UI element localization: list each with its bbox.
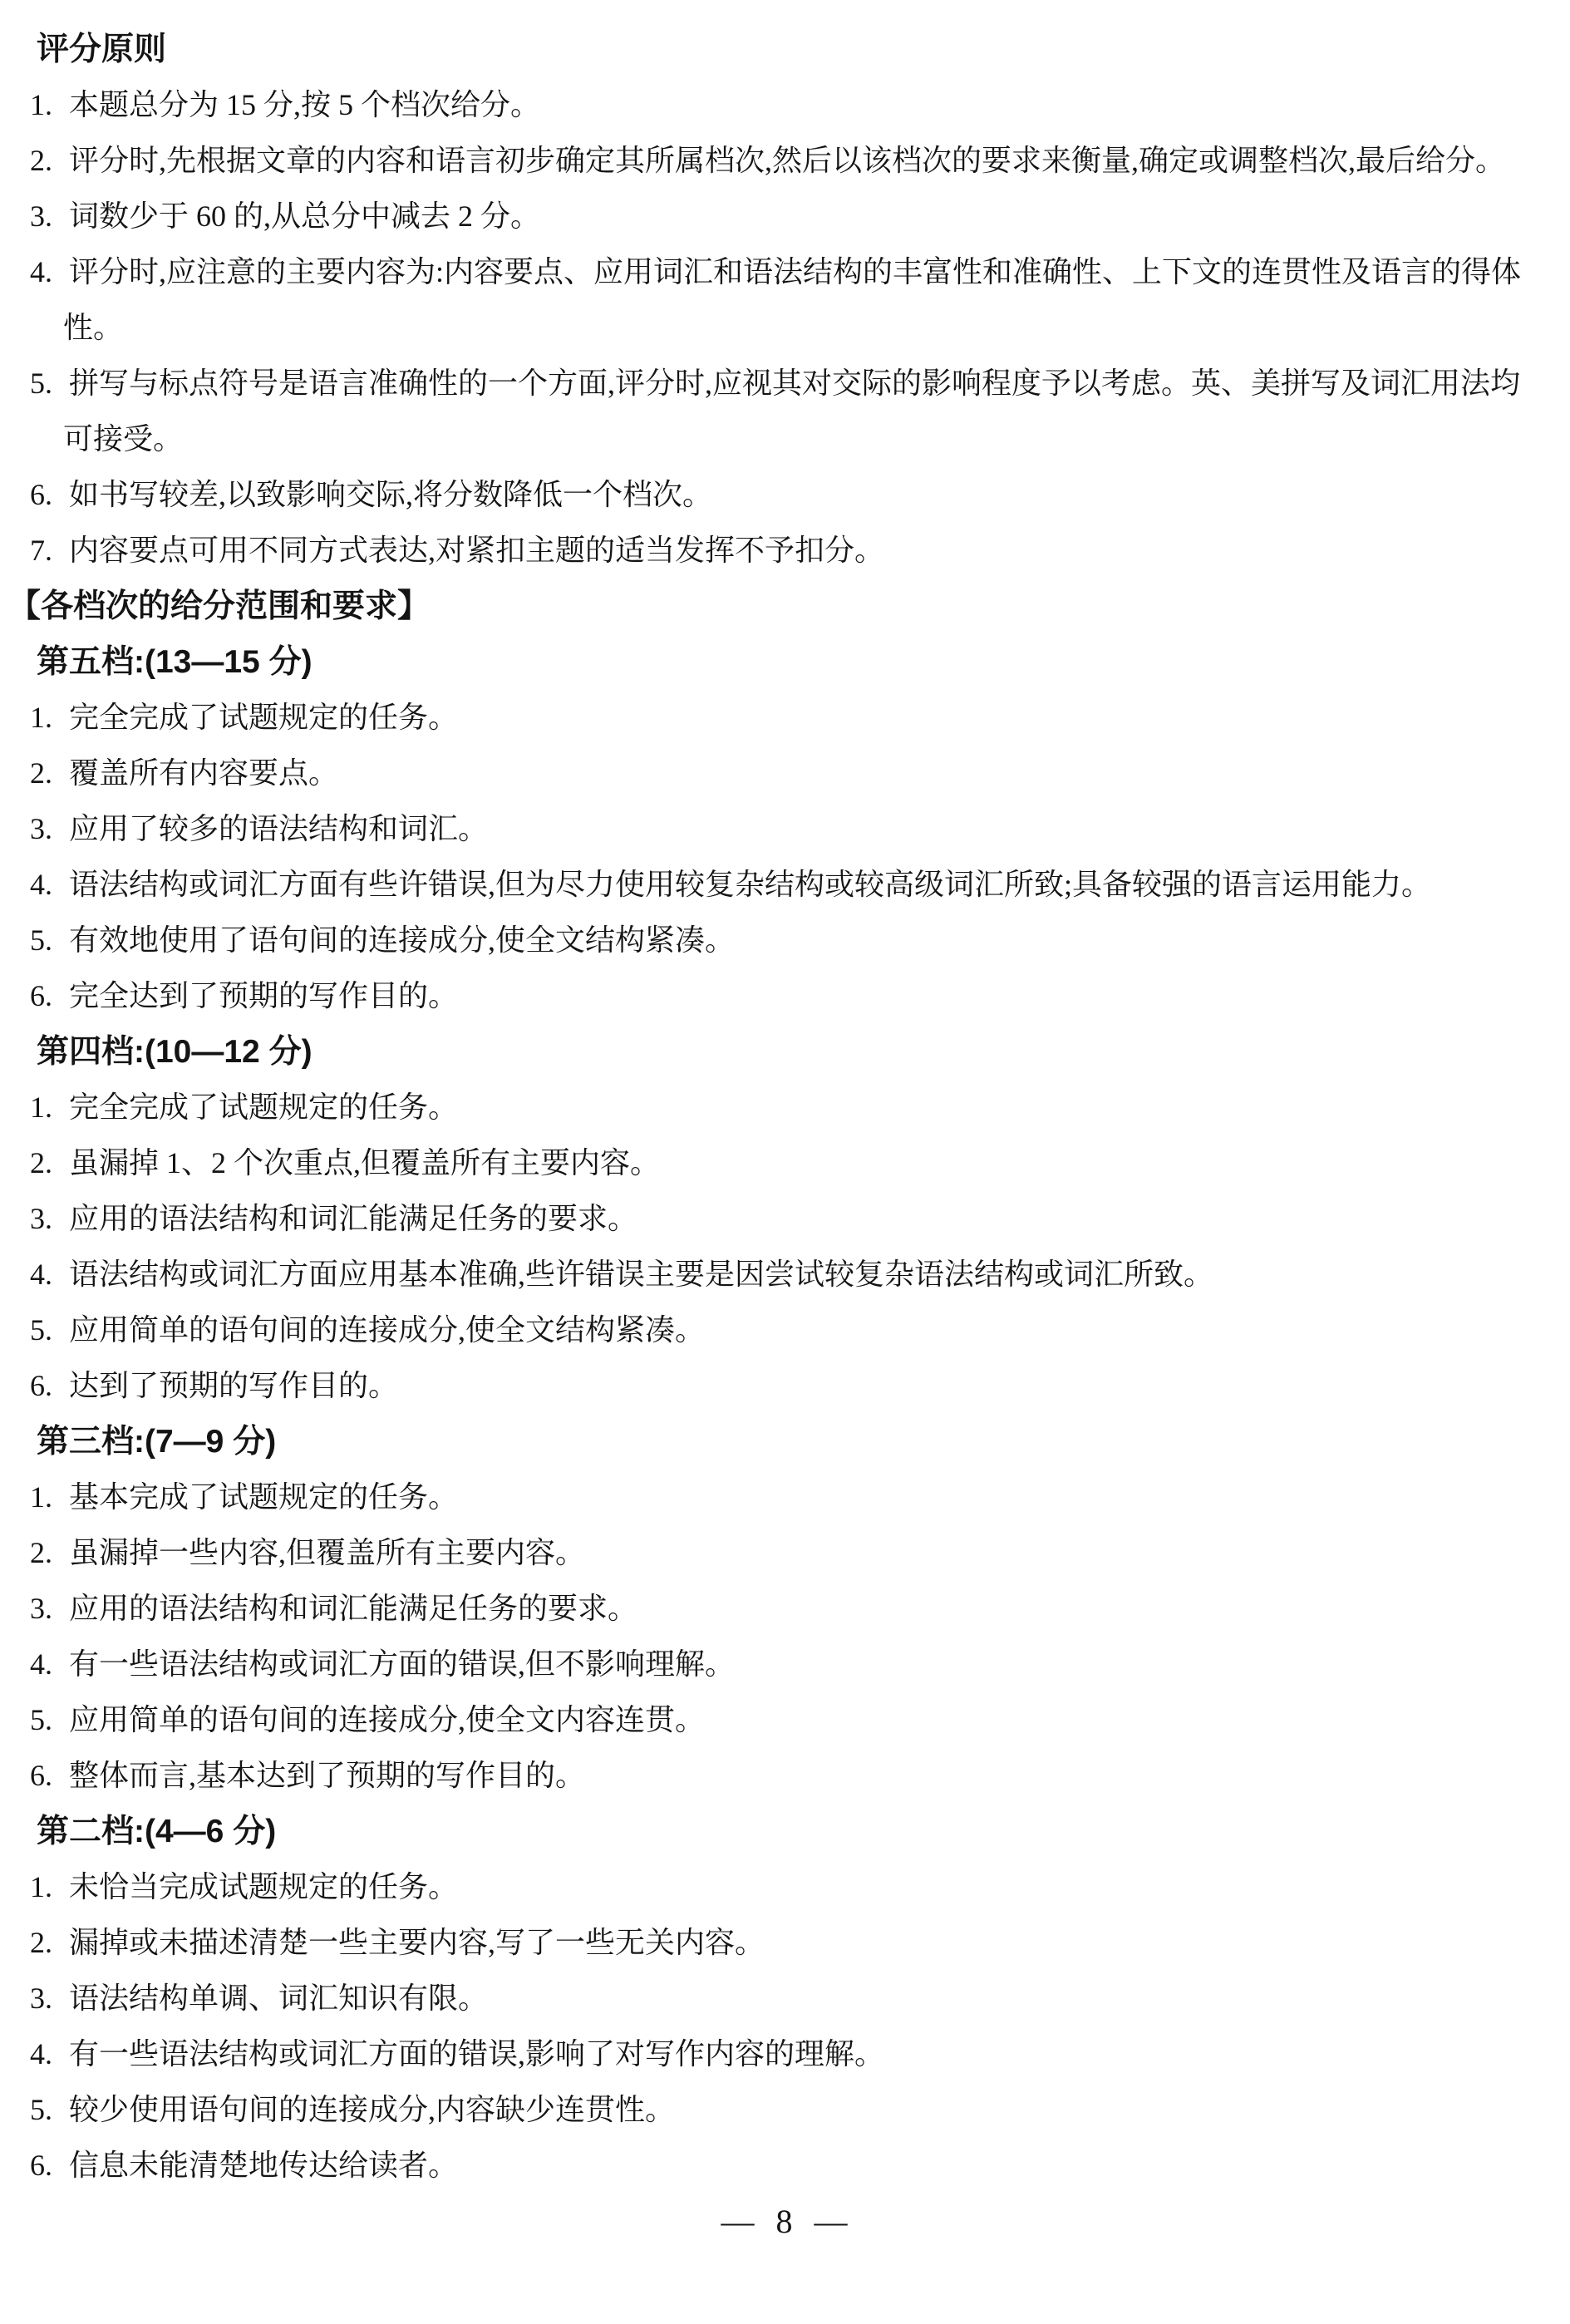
band-item: 3.应用了较多的语法结构和词汇。 — [30, 801, 1538, 857]
band-heading: 第三档:(7—9 分) — [37, 1414, 1538, 1470]
band-item: 1.完全完成了试题规定的任务。 — [30, 1080, 1538, 1135]
item-text: 应用简单的语句间的连接成分,使全文结构紧凑。 — [69, 1313, 705, 1347]
item-number: 6. — [30, 979, 52, 1012]
principle-item: 3.词数少于 60 的,从总分中减去 2 分。 — [30, 189, 1538, 244]
item-text: 有一些语法结构或词汇方面的错误,但不影响理解。 — [69, 1647, 735, 1681]
item-text: 整体而言,基本达到了预期的写作目的。 — [69, 1759, 585, 1792]
item-number: 4. — [30, 1258, 52, 1291]
band-item: 3.应用的语法结构和词汇能满足任务的要求。 — [30, 1191, 1538, 1247]
item-text: 较少使用语句间的连接成分,内容缺少连贯性。 — [69, 2093, 675, 2126]
band-item: 5.有效地使用了语句间的连接成分,使全文结构紧凑。 — [30, 913, 1538, 968]
band-item: 5.较少使用语句间的连接成分,内容缺少连贯性。 — [30, 2082, 1538, 2138]
band-item: 4.语法结构或词汇方面有些许错误,但为尽力使用较复杂结构或较高级词汇所致;具备较… — [30, 857, 1538, 913]
band-item: 1.未恰当完成试题规定的任务。 — [30, 1859, 1538, 1915]
item-number: 7. — [30, 534, 52, 567]
item-text: 语法结构或词汇方面应用基本准确,些许错误主要是因尝试较复杂语法结构或词汇所致。 — [69, 1258, 1213, 1291]
item-number: 4. — [30, 1647, 52, 1681]
item-number: 5. — [30, 923, 52, 957]
item-number: 2. — [30, 1146, 52, 1179]
band-heading: 第四档:(10—12 分) — [37, 1024, 1538, 1080]
item-text: 虽漏掉一些内容,但覆盖所有主要内容。 — [69, 1536, 585, 1569]
item-text: 评分时,应注意的主要内容为:内容要点、应用词汇和语法结构的丰富性和准确性、上下文… — [63, 255, 1521, 344]
item-number: 1. — [30, 88, 52, 121]
item-text: 覆盖所有内容要点。 — [69, 756, 338, 790]
item-text: 评分时,先根据文章的内容和语言初步确定其所属档次,然后以该档次的要求来衡量,确定… — [69, 144, 1505, 177]
band-item: 2.虽漏掉一些内容,但覆盖所有主要内容。 — [30, 1525, 1538, 1581]
principle-item: 7.内容要点可用不同方式表达,对紧扣主题的适当发挥不予扣分。 — [30, 523, 1538, 579]
item-text: 如书写较差,以致影响交际,将分数降低一个档次。 — [69, 478, 712, 511]
item-number: 2. — [30, 1536, 52, 1569]
band-item: 4.有一些语法结构或词汇方面的错误,影响了对写作内容的理解。 — [30, 2026, 1538, 2082]
principle-item: 5.拼写与标点符号是语言准确性的一个方面,评分时,应视其对交际的影响程度予以考虑… — [30, 356, 1538, 467]
band-item: 3.应用的语法结构和词汇能满足任务的要求。 — [30, 1581, 1538, 1637]
item-text: 应用了较多的语法结构和词汇。 — [69, 812, 488, 845]
item-number: 1. — [30, 1870, 52, 1903]
item-number: 3. — [30, 812, 52, 845]
principle-item: 1.本题总分为 15 分,按 5 个档次给分。 — [30, 77, 1538, 133]
item-text: 内容要点可用不同方式表达,对紧扣主题的适当发挥不予扣分。 — [69, 534, 884, 567]
bands-section-header: 【各档次的给分范围和要求】 — [8, 579, 1538, 634]
band-item: 6.完全达到了预期的写作目的。 — [30, 968, 1538, 1024]
item-number: 2. — [30, 756, 52, 790]
item-number: 6. — [30, 2149, 52, 2182]
page-title: 评分原则 — [37, 22, 1538, 77]
item-number: 6. — [30, 1759, 52, 1792]
band-item: 6.整体而言,基本达到了预期的写作目的。 — [30, 1748, 1538, 1804]
band-item: 2.虽漏掉 1、2 个次重点,但覆盖所有主要内容。 — [30, 1135, 1538, 1191]
item-number: 1. — [30, 701, 52, 734]
item-number: 6. — [30, 1369, 52, 1402]
principle-item: 6.如书写较差,以致影响交际,将分数降低一个档次。 — [30, 467, 1538, 523]
band-item: 5.应用简单的语句间的连接成分,使全文内容连贯。 — [30, 1692, 1538, 1748]
item-number: 5. — [30, 367, 52, 400]
item-text: 拼写与标点符号是语言准确性的一个方面,评分时,应视其对交际的影响程度予以考虑。英… — [63, 367, 1520, 455]
band-item: 5.应用简单的语句间的连接成分,使全文结构紧凑。 — [30, 1302, 1538, 1358]
document-page: 评分原则 1.本题总分为 15 分,按 5 个档次给分。 2.评分时,先根据文章… — [0, 0, 1570, 2324]
band-item: 6.达到了预期的写作目的。 — [30, 1358, 1538, 1414]
item-number: 5. — [30, 2093, 52, 2126]
item-text: 词数少于 60 的,从总分中减去 2 分。 — [69, 199, 540, 233]
item-number: 1. — [30, 1091, 52, 1124]
item-text: 语法结构或词汇方面有些许错误,但为尽力使用较复杂结构或较高级词汇所致;具备较强的… — [69, 868, 1431, 901]
band-item: 4.有一些语法结构或词汇方面的错误,但不影响理解。 — [30, 1637, 1538, 1692]
item-text: 虽漏掉 1、2 个次重点,但覆盖所有主要内容。 — [69, 1146, 660, 1179]
item-text: 达到了预期的写作目的。 — [69, 1369, 398, 1402]
item-number: 4. — [30, 2037, 52, 2070]
item-text: 语法结构单调、词汇知识有限。 — [69, 1982, 488, 2015]
band-item: 4.语法结构或词汇方面应用基本准确,些许错误主要是因尝试较复杂语法结构或词汇所致… — [30, 1247, 1538, 1302]
item-number: 3. — [30, 1982, 52, 2015]
item-text: 完全完成了试题规定的任务。 — [69, 1091, 458, 1124]
item-text: 基本完成了试题规定的任务。 — [69, 1480, 458, 1514]
item-number: 3. — [30, 1202, 52, 1235]
item-text: 应用的语法结构和词汇能满足任务的要求。 — [69, 1592, 637, 1625]
item-text: 应用简单的语句间的连接成分,使全文内容连贯。 — [69, 1703, 705, 1736]
item-number: 5. — [30, 1313, 52, 1347]
item-text: 信息未能清楚地传达给读者。 — [69, 2149, 458, 2182]
item-number: 6. — [30, 478, 52, 511]
item-number: 2. — [30, 144, 52, 177]
item-number: 4. — [30, 868, 52, 901]
item-text: 本题总分为 15 分,按 5 个档次给分。 — [69, 88, 540, 121]
item-number: 2. — [30, 1926, 52, 1959]
item-text: 应用的语法结构和词汇能满足任务的要求。 — [69, 1202, 637, 1235]
principle-item: 4.评分时,应注意的主要内容为:内容要点、应用词汇和语法结构的丰富性和准确性、上… — [30, 244, 1538, 356]
item-number: 4. — [30, 255, 52, 288]
band-item: 1.完全完成了试题规定的任务。 — [30, 690, 1538, 746]
item-number: 1. — [30, 1480, 52, 1514]
band-item: 1.基本完成了试题规定的任务。 — [30, 1470, 1538, 1525]
band-item: 6.信息未能清楚地传达给读者。 — [30, 2138, 1538, 2194]
principle-item: 2.评分时,先根据文章的内容和语言初步确定其所属档次,然后以该档次的要求来衡量,… — [30, 133, 1538, 189]
item-text: 完全达到了预期的写作目的。 — [69, 979, 458, 1012]
band-heading: 第二档:(4—6 分) — [37, 1804, 1538, 1859]
band-item: 2.漏掉或未描述清楚一些主要内容,写了一些无关内容。 — [30, 1915, 1538, 1971]
item-number: 3. — [30, 199, 52, 233]
item-number: 5. — [30, 1703, 52, 1736]
band-heading: 第五档:(13—15 分) — [37, 634, 1538, 690]
item-text: 有一些语法结构或词汇方面的错误,影响了对写作内容的理解。 — [69, 2037, 884, 2070]
item-text: 未恰当完成试题规定的任务。 — [69, 1870, 458, 1903]
item-text: 漏掉或未描述清楚一些主要内容,写了一些无关内容。 — [69, 1926, 765, 1959]
item-text: 完全完成了试题规定的任务。 — [69, 701, 458, 734]
band-item: 3.语法结构单调、词汇知识有限。 — [30, 1971, 1538, 2026]
item-text: 有效地使用了语句间的连接成分,使全文结构紧凑。 — [69, 923, 735, 957]
page-number: — 8 — — [30, 2194, 1538, 2249]
item-number: 3. — [30, 1592, 52, 1625]
band-item: 2.覆盖所有内容要点。 — [30, 746, 1538, 801]
